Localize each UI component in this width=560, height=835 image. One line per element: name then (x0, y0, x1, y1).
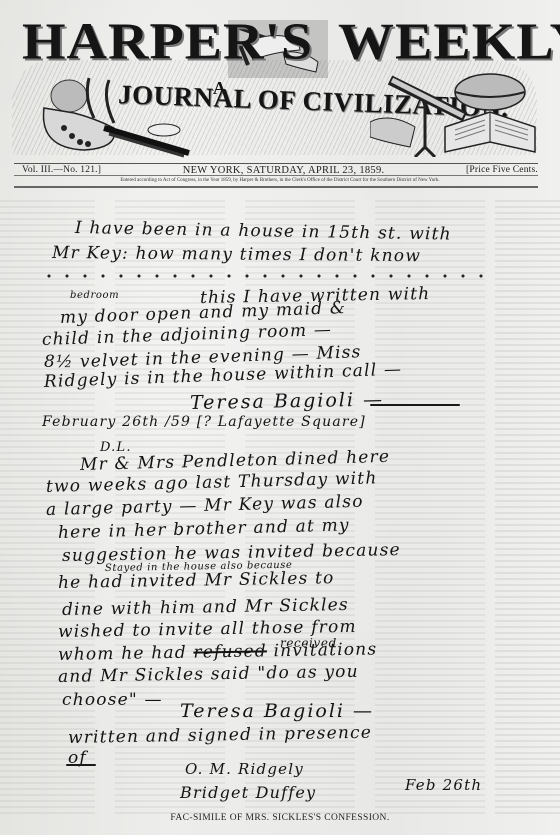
caption: FAC-SIMILE OF MRS. SICKLES'S CONFESSION. (0, 813, 560, 823)
rule (14, 163, 538, 164)
margin-note: 8½ (44, 352, 74, 372)
date-line: February 26th /59 [? Lafayette Square] (42, 414, 366, 430)
letter-line: Mr Key: how many times I don't know (52, 243, 421, 266)
rule (14, 186, 538, 188)
witness-date: Feb 26th (405, 776, 482, 794)
signature: Teresa Bagioli — (180, 700, 374, 722)
postscript-text: invitations (267, 639, 378, 661)
copyright-notice: Entered according to Act of Congress, in… (80, 178, 480, 183)
struck-word: refused (193, 641, 267, 662)
underline (66, 764, 96, 766)
bleed-through-column (495, 200, 560, 815)
witness-signature: Bridget Duffey (180, 783, 316, 802)
masthead-title-left: HARPER'S (22, 16, 313, 68)
inserted-word: bedroom (70, 290, 119, 301)
signature: Teresa Bagioli — (190, 389, 384, 414)
rule (14, 175, 538, 176)
dotted-separator (40, 272, 490, 280)
witness-signature: O. M. Ridgely (185, 760, 304, 778)
telescope-globe-books-icon (370, 72, 540, 157)
postscript-line: choose" — (62, 690, 163, 710)
signature-flourish (370, 404, 460, 406)
postscript-text: whom he had (58, 643, 194, 665)
masthead: HARPER'S WEEKLY. A JOURNAL OF CIVILIZATI… (0, 0, 560, 160)
masthead-title-right: WEEKLY. (338, 16, 560, 68)
newspaper-page: HARPER'S WEEKLY. A JOURNAL OF CIVILIZATI… (0, 0, 560, 835)
